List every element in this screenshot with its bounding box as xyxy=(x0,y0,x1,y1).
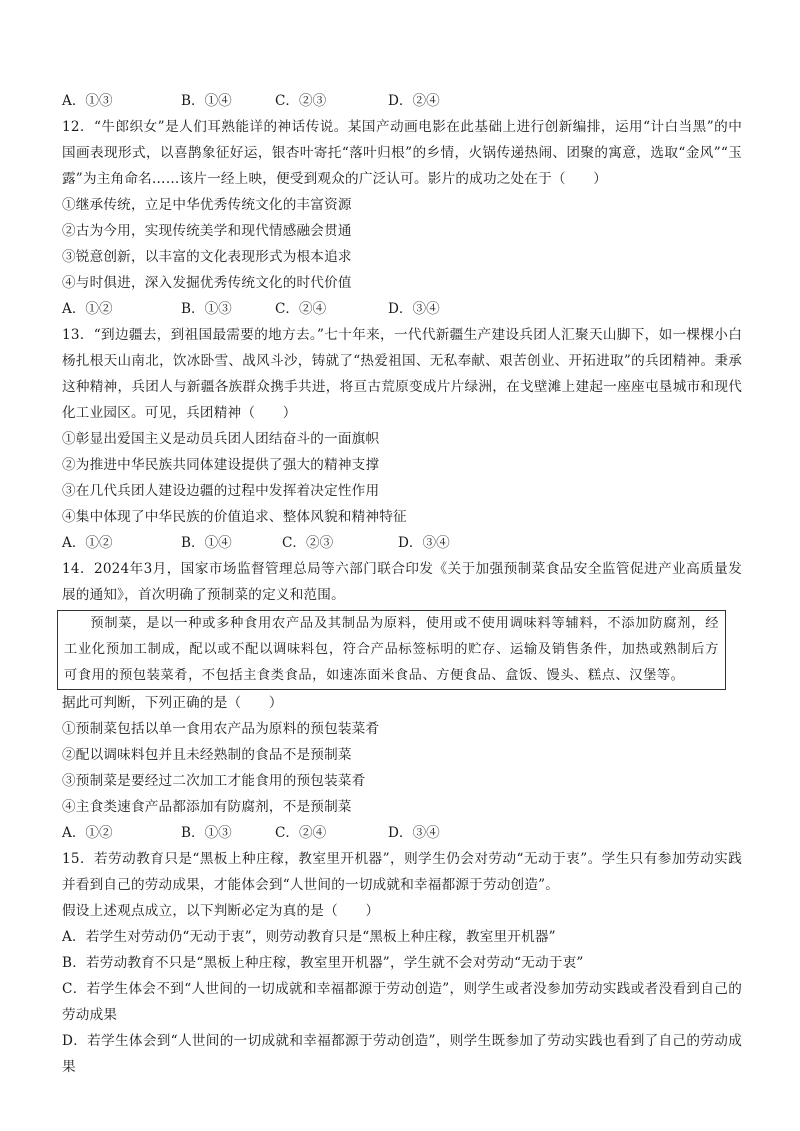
q13-item-1: ①彰显出爱国主义是动员兵团人团结奋斗的一面旗帜 xyxy=(62,426,742,452)
q11-options: A．①③ B．①④ C．②③ D．②④ xyxy=(62,88,742,114)
q12-item-3: ③锐意创新，以丰富的文化表现形式为根本追求 xyxy=(62,244,742,270)
q14-item-1: ①预制菜包括以单一食用农产品为原料的预包装菜肴 xyxy=(62,716,742,742)
q12-option-a: A．①② xyxy=(62,296,113,322)
q14-option-b: B．①③ xyxy=(181,820,232,846)
q11-option-b: B．①④ xyxy=(181,88,232,114)
q14-options: A．①② B．①③ C．②④ D．③④ xyxy=(62,820,742,846)
q13-option-a: A．①② xyxy=(62,530,113,556)
q14-item-2: ②配以调味料包并且未经熟制的食品不是预制菜 xyxy=(62,742,742,768)
q14-option-d: D．③④ xyxy=(388,820,440,846)
q12-option-d: D．③④ xyxy=(388,296,440,322)
q12-stem: 12．“牛郎织女”是人们耳熟能详的神话传说。某国产动画电影在此基础上进行创新编排… xyxy=(62,114,742,192)
q15-option-d: D．若学生体会到“人世间的一切成就和幸福都源于劳动创造”，则学生既参加了劳动实践… xyxy=(62,1028,742,1080)
q13-item-4: ④集中体现了中华民族的价值追求、整体风貌和精神特征 xyxy=(62,504,742,530)
q11-option-c: C．②③ xyxy=(275,88,326,114)
exam-page: A．①③ B．①④ C．②③ D．②④ 12．“牛郎织女”是人们耳熟能详的神话传… xyxy=(62,88,742,1080)
q12-options: A．①② B．①③ C．②④ D．③④ xyxy=(62,296,742,322)
q13-item-3: ③在几代兵团人建设边疆的过程中发挥着决定性作用 xyxy=(62,478,742,504)
q12-item-1: ①继承传统，立足中华优秀传统文化的丰富资源 xyxy=(62,192,742,218)
q15-option-b: B．若劳动教育不只是“黑板上种庄稼，教室里开机器”，学生就不会对劳动“无动于衷” xyxy=(62,950,742,976)
q13-option-b: B．①④ xyxy=(181,530,232,556)
q15-option-a: A．若学生对劳动仍“无动于衷”，则劳动教育只是“黑板上种庄稼，教室里开机器” xyxy=(62,924,742,950)
q11-option-d: D．②④ xyxy=(388,88,440,114)
q14-option-c: C．②④ xyxy=(275,820,326,846)
q12-item-2: ②古为今用，实现传统美学和现代情感融会贯通 xyxy=(62,218,742,244)
q11-option-a: A．①③ xyxy=(62,88,113,114)
q14-item-4: ④主食类速食产品都添加有防腐剂，不是预制菜 xyxy=(62,794,742,820)
q13-options: A．①② B．①④ C．②③ D．③④ xyxy=(62,530,742,556)
q14-option-a: A．①② xyxy=(62,820,113,846)
q12-option-c: C．②④ xyxy=(275,296,326,322)
q13-option-d: D．③④ xyxy=(398,530,450,556)
definition-box: 预制菜，是以一种或多种食用农产品及其制品为原料，使用或不使用调味料等辅料，不添加… xyxy=(57,610,726,690)
q15-question: 假设上述观点成立，以下判断必定为真的是（ ） xyxy=(62,898,742,924)
q13-option-c: C．②③ xyxy=(282,530,333,556)
q15-stem: 15．若劳动教育只是“黑板上种庄稼，教室里开机器”，则学生仍会对劳动“无动于衷”… xyxy=(62,846,742,898)
q13-stem: 13．“到边疆去，到祖国最需要的地方去。”七十年来，一代代新疆生产建设兵团人汇聚… xyxy=(62,322,742,426)
q14-stem: 14．2024年3月，国家市场监督管理总局等六部门联合印发《关于加强预制菜食品安… xyxy=(62,556,742,608)
q12-option-b: B．①③ xyxy=(181,296,232,322)
q14-item-3: ③预制菜是要经过二次加工才能食用的预包装菜肴 xyxy=(62,768,742,794)
q13-item-2: ②为推进中华民族共同体建设提供了强大的精神支撑 xyxy=(62,452,742,478)
q14-question: 据此可判断，下列正确的是（ ） xyxy=(62,690,742,716)
definition-text: 预制菜，是以一种或多种食用农产品及其制品为原料，使用或不使用调味料等辅料，不添加… xyxy=(64,611,719,689)
q15-option-c: C．若学生体会不到“人世间的一切成就和幸福都源于劳动创造”，则学生或者没参加劳动… xyxy=(62,976,742,1028)
q12-item-4: ④与时俱进，深入发掘优秀传统文化的时代价值 xyxy=(62,270,742,296)
